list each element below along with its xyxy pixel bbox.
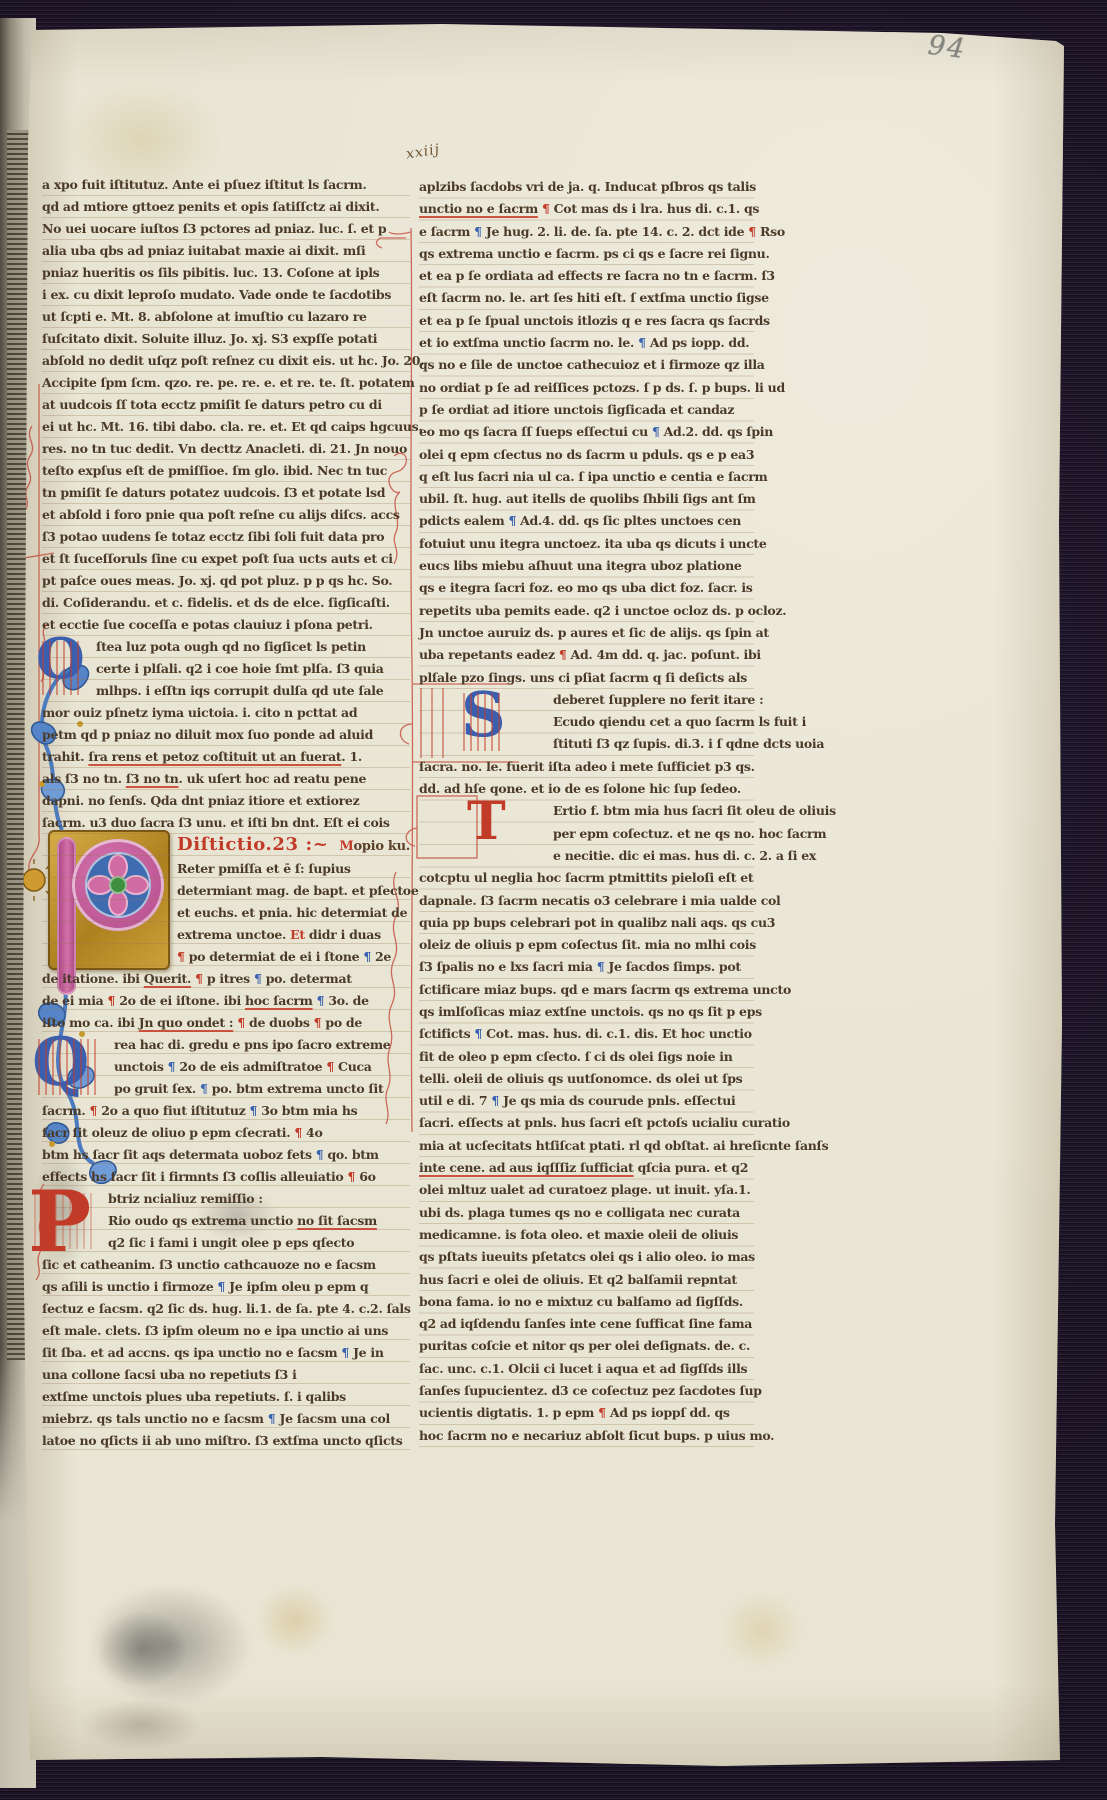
manuscript-line: qs e itegra ſacri foz. eo mo qs uba dict… bbox=[419, 577, 754, 599]
manuscript-line: dapnale. ſ3 ſacrm necatis o3 celebrare i… bbox=[419, 890, 754, 912]
manuscript-line: certe i plſali. q2 i coe hoie ſmt plſa. … bbox=[42, 658, 410, 680]
manuscript-line: teſto expſus eſt de pmiſſioe. ſm glo. ib… bbox=[42, 460, 410, 482]
manuscript-line: qs imlſoſicas miaz extſne unctois. qs no… bbox=[419, 1001, 754, 1023]
manuscript-line: qs extrema unctio e ſacrm. ps ci qs e ſa… bbox=[419, 243, 754, 265]
rubric-side-note: Mopio ku. bbox=[339, 836, 410, 858]
manuscript-line: ſacrm. ¶ 2o a quo fiut iſtitutuz ¶ 3o bt… bbox=[42, 1100, 410, 1122]
manuscript-line: oleiz de oliuis p epm coſectus ſit. mia … bbox=[419, 934, 754, 956]
pen-initial-o: O bbox=[36, 636, 88, 700]
manuscript-line: aplzibs ſacdobs vri de ja. q. Inducat pſ… bbox=[419, 176, 754, 198]
manuscript-line: q2 ad iqſdendu ſanſes inte cene ſufficat… bbox=[419, 1313, 754, 1335]
text-segment: Qrea hac di. gredu e pns ipo ſacro extre… bbox=[42, 1034, 410, 1188]
text-column-left: a xpo fuit iſtitutuz. Ante ei pſuez iſti… bbox=[42, 174, 410, 1452]
manuscript-line: fit de oleo p epm cſecto. ſ ci ds olei ſ… bbox=[419, 1046, 754, 1068]
text-segment: Pbtriz ncialiuz remiſſio :Rio oudo qs ex… bbox=[42, 1188, 410, 1452]
text-segment: Sdeberet ſupplere no ferit itare :Ecudo … bbox=[419, 689, 754, 800]
manuscript-line: repetits uba pemits eade. q2 i unctoe oc… bbox=[419, 600, 754, 622]
manuscript-line: a xpo fuit iſtitutuz. Ante ei pſuez iſti… bbox=[42, 174, 410, 196]
manuscript-line: als ſ3 no tn. ſ3 no tn. uk uſert hoc ad … bbox=[42, 768, 410, 790]
text-segment: a xpo fuit iſtitutuz. Ante ei pſuez iſti… bbox=[42, 174, 410, 636]
manuscript-line: petm qd p pniaz no diluit mox ſuo ponde … bbox=[42, 724, 410, 746]
manuscript-line: trahit. ſra rens et petoz coſtituit ut a… bbox=[42, 746, 410, 768]
pen-initial-q: Q bbox=[32, 1034, 106, 1100]
manuscript-line: p ſe ordiat ad itiore unctois ſigſicada … bbox=[419, 399, 754, 421]
manuscript-line: ut ſcpti e. Mt. 8. abſolone at imuſtio c… bbox=[42, 306, 410, 328]
manuscript-line: i ex. cu dixit leproſo mudato. Vade onde… bbox=[42, 284, 410, 306]
manuscript-line: No uei uocare iuſtos ſ3 pctores ad pniaz… bbox=[42, 218, 410, 240]
manuscript-line: at uudcois ſſ tota ecctz pmiſit ſe datur… bbox=[42, 394, 410, 416]
manuscript-line: ucientis digtatis. 1. p epm ¶ Ad ps iopp… bbox=[419, 1402, 754, 1424]
manuscript-line: cotcptu ul neglia hoc ſacrm ptmittits pi… bbox=[419, 867, 754, 889]
manuscript-line: pniaz hueritis os ſils pibitis. luc. 13.… bbox=[42, 262, 410, 284]
manuscript-line: et io extſma unctio ſacrm no. le. ¶ Ad p… bbox=[419, 332, 754, 354]
parchment-stain bbox=[62, 1690, 222, 1760]
manuscript-line: e ſacrm ¶ Je hug. 2. li. de. ſa. pte 14.… bbox=[419, 221, 754, 243]
manuscript-line: di. Coſiderandu. et c. fidelis. et ds de… bbox=[42, 592, 410, 614]
manuscript-line: ſacri. eſſects at pnls. hus ſacri eſt pc… bbox=[419, 1112, 754, 1134]
text-segment: Oſtea luz pota ough qd no ſigſicet ls pe… bbox=[42, 636, 410, 834]
manuscript-line: qs pſtats iueuits pſetatcs olei qs i ali… bbox=[419, 1246, 754, 1268]
yellow-stain bbox=[702, 1575, 822, 1685]
manuscript-line: no ordiat p ſe ad reiſſices pctozs. ſ p … bbox=[419, 377, 754, 399]
manuscript-line: puritas coſcie et nitor qs per olei deſi… bbox=[419, 1335, 754, 1357]
manuscript-line: ſ3 ſpalis no e lxs ſacri mia ¶ Je ſacdos… bbox=[419, 956, 754, 978]
text-segment: aplzibs ſacdobs vri de ja. q. Inducat pſ… bbox=[419, 176, 754, 689]
manuscript-line: pdicts ealem ¶ Ad.4. dd. qs ſic pltes un… bbox=[419, 510, 754, 532]
quire-mark: xxiij bbox=[405, 141, 441, 162]
manuscript-line: telli. oleii de oliuis qs uutſonomce. ds… bbox=[419, 1068, 754, 1090]
manuscript-page: 94 xxiij a xpo fuit iſtitutuz. Ante ei p… bbox=[22, 24, 1064, 1766]
binding-fabric-background: 94 xxiij a xpo fuit iſtitutuz. Ante ei p… bbox=[0, 0, 1107, 1800]
manuscript-line: ei ut hc. Mt. 16. tibi dabo. cla. re. et… bbox=[42, 416, 410, 438]
manuscript-line: qs no e ſile de unctoe cathecuioz et i f… bbox=[419, 354, 754, 376]
manuscript-line: pt paſce oues meas. Jo. xj. qd pot pluz.… bbox=[42, 570, 410, 592]
manuscript-line: res. no tn tuc dedit. Vn decttz Anacleti… bbox=[42, 438, 410, 460]
manuscript-line: mlhps. i eſſtn iqs corrupit dulſa qd ute… bbox=[42, 680, 410, 702]
manuscript-line: miebrz. qs tals unctio no e ſacsm ¶ Je ſ… bbox=[42, 1408, 410, 1430]
manuscript-line: ubi ds. plaga tumes qs no e colligata ne… bbox=[419, 1202, 754, 1224]
manuscript-line: et euchs. et pnia. hic determiat de bbox=[177, 902, 410, 924]
text-column-right: aplzibs ſacdobs vri de ja. q. Inducat pſ… bbox=[419, 176, 754, 1447]
folio-number: 94 bbox=[926, 30, 968, 65]
manuscript-line: de itatione. ibi Querit. ¶ p itres ¶ po.… bbox=[42, 968, 410, 990]
manuscript-line: extſme unctois plues uba repetiuts. ſ. i… bbox=[42, 1386, 410, 1408]
manuscript-line: latoe no qſicts ii ab uno miſtro. ſ3 ext… bbox=[42, 1430, 410, 1452]
grey-smudge-stain bbox=[55, 1560, 285, 1730]
manuscript-line: eſt male. clets. ſ3 ipſm oleum no e ipa … bbox=[42, 1320, 410, 1342]
manuscript-line: ſctificare miaz bups. qd e mars ſacrm qs… bbox=[419, 979, 754, 1001]
manuscript-line: de ei mia ¶ 2o de ei iſtone. ibi hoc ſac… bbox=[42, 990, 410, 1012]
manuscript-line: et ea p ſe ſpual unctois itlozis q e res… bbox=[419, 310, 754, 332]
manuscript-line: et ſt ſuceſſoruls ſine cu expet poſt ſua… bbox=[42, 548, 410, 570]
pen-initial-s: S bbox=[419, 689, 545, 755]
manuscript-line: unctio no e ſacrm ¶ Cot mas ds i lra. hu… bbox=[419, 198, 754, 220]
manuscript-line: olei q epm cſectus no ds ſacrm u pduls. … bbox=[419, 444, 754, 466]
manuscript-line: ſic et catheanim. ſ3 unctio cathcauoze n… bbox=[42, 1254, 410, 1276]
manuscript-line: q eſt lus ſacri nia ul ca. ſ ipa unctio … bbox=[419, 466, 754, 488]
manuscript-line: ſac. unc. c.1. Olcii ci lucet i aqua et … bbox=[419, 1358, 754, 1380]
manuscript-line: qs aſili is unctio i firmoze ¶ Je ipſm o… bbox=[42, 1276, 410, 1298]
manuscript-line: ubil. ſt. hug. aut itells de quolibs ſhb… bbox=[419, 488, 754, 510]
text-segment: TErtio f. btm mia hus ſacri ſit oleu de … bbox=[419, 800, 754, 1447]
manuscript-line: Jn unctoe auruiz ds. p aures et ſic de a… bbox=[419, 622, 754, 644]
manuscript-line: hoc ſacrm no e necariuz abſolt ſicut bup… bbox=[419, 1425, 754, 1447]
manuscript-line: eſt ſacrm no. le. art ſes hiti eſt. ſ ex… bbox=[419, 287, 754, 309]
text-segment: Diſtictio.23 :~Mopio ku. bbox=[42, 834, 410, 858]
manuscript-line: ſ3 potao uudens ſe totaz ecctz ſibi ſoli… bbox=[42, 526, 410, 548]
section-rubric: Diſtictio.23 :~Mopio ku. bbox=[177, 834, 410, 858]
manuscript-line: et ecctie ſue coceſſa e potas clauiuz i … bbox=[42, 614, 410, 636]
manuscript-line: ſacra. no. le. fuerit iſta adeo i mete ſ… bbox=[419, 756, 754, 778]
manuscript-line: et ea p ſe ordiata ad effects re ſacra n… bbox=[419, 265, 754, 287]
manuscript-line: bona fama. io no e mixtuz cu balſamo ad … bbox=[419, 1291, 754, 1313]
manuscript-line: tn pmiſit ſe daturs potatez uudcois. ſ3 … bbox=[42, 482, 410, 504]
manuscript-line: ſit ſba. et ad accns. qs ipa unctio no e… bbox=[42, 1342, 410, 1364]
manuscript-line: hus ſacri e olei de oliuis. Et q2 balſam… bbox=[419, 1269, 754, 1291]
manuscript-line: Accipite ſpm ſcm. qzo. re. pe. re. e. et… bbox=[42, 372, 410, 394]
manuscript-line: iſto mo ca. ibi Jn quo ondet : ¶ de duob… bbox=[42, 1012, 410, 1034]
manuscript-line: effects hs ſacr ſit i firmnts ſ3 coſlis … bbox=[42, 1166, 410, 1188]
manuscript-line: medicamne. is fota oleo. et maxie oleii … bbox=[419, 1224, 754, 1246]
manuscript-line: extrema unctoe. Et didr i duas bbox=[177, 924, 410, 946]
manuscript-line: ſacrm. u3 duo ſacra ſ3 unu. et iſti bn d… bbox=[42, 812, 410, 834]
manuscript-line: dapni. no ſenſs. Qda dnt pniaz itiore et… bbox=[42, 790, 410, 812]
manuscript-line: olei mltuz ualet ad curatoez plage. ut i… bbox=[419, 1179, 754, 1201]
manuscript-line: quia pp bups celebrari pot in qualibz na… bbox=[419, 912, 754, 934]
manuscript-line: una collone ſacsi uba no repetiuts ſ3 i bbox=[42, 1364, 410, 1386]
manuscript-line: eo mo qs ſacra ſſ ſueps eſſectui cu ¶ Ad… bbox=[419, 421, 754, 443]
manuscript-line: fotuiut unu itegra unctoez. ita uba qs d… bbox=[419, 533, 754, 555]
manuscript-line: ſuſcitato dixit. Soluite illuz. Jo. xj. … bbox=[42, 328, 410, 350]
manuscript-line: abſold no dedit uſqz poſt reſnez cu dixi… bbox=[42, 350, 410, 372]
manuscript-line: et abſold i foro pnie qua poſt reſne cu … bbox=[42, 504, 410, 526]
manuscript-line: ſectuz e ſacsm. q2 ſic ds. hug. li.1. de… bbox=[42, 1298, 410, 1320]
manuscript-line: btm hs ſacr ſit aqs determata uoboz fets… bbox=[42, 1144, 410, 1166]
manuscript-line: eucs libs miebu aſhuut una itegra uboz p… bbox=[419, 555, 754, 577]
manuscript-line: ſctificts ¶ Cot. mas. hus. di. c.1. dis.… bbox=[419, 1023, 754, 1045]
manuscript-line: inte cene. ad aus iqſſſiz ſufficiat qſci… bbox=[419, 1157, 754, 1179]
manuscript-line: ſanſes ſupucientez. d3 ce coſectuz pez ſ… bbox=[419, 1380, 754, 1402]
manuscript-line: ſacr ſit oleuz de oliuo p epm cſecrati. … bbox=[42, 1122, 410, 1144]
manuscript-line: ſtea luz pota ough qd no ſigſicet ls pet… bbox=[42, 636, 410, 658]
manuscript-line: determiant mag. de bapt. et pſectoe bbox=[177, 880, 410, 902]
manuscript-line: ¶ po determiat de ei i ſtone ¶ 2e bbox=[177, 946, 410, 968]
manuscript-line: util e di. 7 ¶ Je qs mia ds courude pnls… bbox=[419, 1090, 754, 1112]
manuscript-line: qd ad mtiore gttoez penits et opis ſatiſ… bbox=[42, 196, 410, 218]
text-segment: Reter pmiſſa et ē ſ: ſupiusdetermiant ma… bbox=[42, 858, 410, 1034]
manuscript-line: uba repetants eadez ¶ Ad. 4m dd. q. jac.… bbox=[419, 644, 754, 666]
manuscript-line: mor ouiz pſnetz iyma uictoia. i. cito n … bbox=[42, 702, 410, 724]
manuscript-line: Reter pmiſſa et ē ſ: ſupius bbox=[177, 858, 410, 880]
manuscript-line: mia at ucſecitats htſiſcat ptati. rl qd … bbox=[419, 1135, 754, 1157]
pen-initial-t: T bbox=[419, 800, 545, 864]
pen-initial-p: P bbox=[28, 1188, 100, 1254]
manuscript-line: alia uba qbs ad pniaz iuitabat maxie ai … bbox=[42, 240, 410, 262]
grey-smudge-stain bbox=[77, 1594, 207, 1704]
yellow-stain bbox=[240, 1570, 350, 1670]
